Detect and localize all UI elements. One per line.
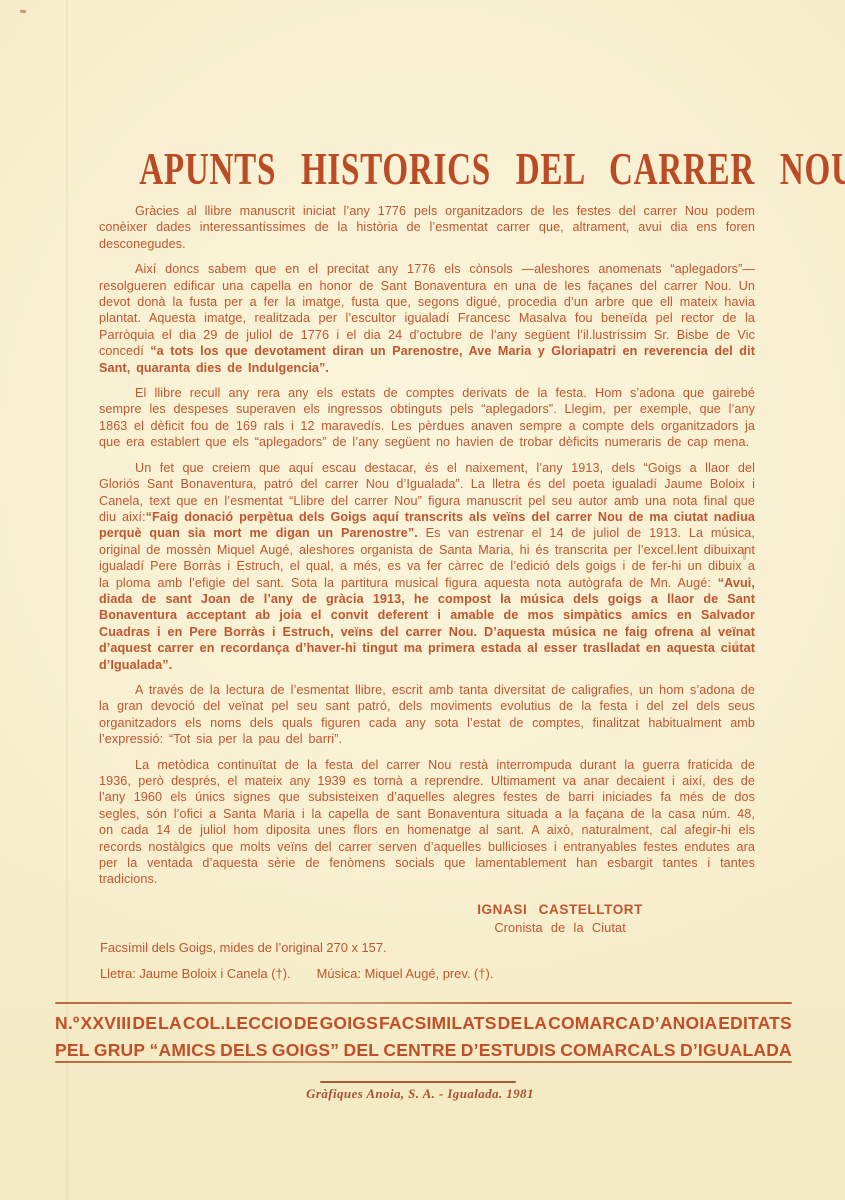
colophon-word: COL.LECCIO xyxy=(183,1010,293,1037)
paragraph-segment: Gràcies al llibre manuscrit iniciat l’an… xyxy=(99,204,755,251)
colophon-word: FACSIMILATS xyxy=(379,1010,497,1037)
document-page: APUNTS HISTORICS DEL CARRER NOU Gràcies … xyxy=(0,0,845,1200)
colophon-word: N.º xyxy=(55,1010,80,1037)
colophon-block: N.ºXXVIIIDELACOL.LECCIODEGOIGSFACSIMILAT… xyxy=(55,1010,792,1064)
paragraph-segment-bold: “a tots los que devotament diran un Pare… xyxy=(99,344,755,374)
article-body: Gràcies al llibre manuscrit iniciat l’an… xyxy=(99,203,755,937)
colophon-word: GOIGS” xyxy=(272,1037,339,1064)
imprint-rule xyxy=(320,1081,516,1083)
colophon-line-1: N.ºXXVIIIDELACOL.LECCIODEGOIGSFACSIMILAT… xyxy=(55,1010,792,1037)
colophon-word: LA xyxy=(523,1010,547,1037)
paragraph: Gràcies al llibre manuscrit iniciat l’an… xyxy=(99,203,755,252)
colophon-word: D’ESTUDIS xyxy=(461,1037,556,1064)
printer-imprint: Gràfiques Anoia, S. A. - Igualada. 1981 xyxy=(280,1086,560,1102)
divider-rule-bottom xyxy=(55,1061,792,1063)
colophon-word: DE xyxy=(132,1010,157,1037)
colophon-word: CENTRE xyxy=(383,1037,456,1064)
signature-role: Cronista de la Ciutat xyxy=(477,920,643,936)
colophon-word: LA xyxy=(158,1010,182,1037)
colophon-word: XXVIII xyxy=(81,1010,132,1037)
title-block: APUNTS HISTORICS DEL CARRER NOU xyxy=(0,146,845,192)
colophon-word: GOIGS xyxy=(320,1010,378,1037)
paragraph-segment: El llibre recull any rera any els estats… xyxy=(99,386,755,449)
colophon-word: PEL xyxy=(55,1037,90,1064)
paragraph: El llibre recull any rera any els estats… xyxy=(99,385,755,451)
ink-speck xyxy=(20,10,26,14)
colophon-word: DEL xyxy=(344,1037,380,1064)
body-paragraphs: Gràcies al llibre manuscrit iniciat l’an… xyxy=(99,203,755,888)
colophon-word: D’IGUALADA xyxy=(680,1037,792,1064)
paragraph: Així doncs sabem que en el precitat any … xyxy=(99,261,755,376)
colophon-word: D’ANOIA xyxy=(642,1010,717,1037)
facsimile-note: Facsímil dels Goigs, mides de l’original… xyxy=(100,940,720,955)
colophon-word: DE xyxy=(294,1010,319,1037)
credit-lyrics: Lletra: Jaume Boloix i Canela (†). xyxy=(100,966,291,981)
colophon-word: DELS xyxy=(220,1037,267,1064)
signature-name: IGNASI CASTELLTORT xyxy=(477,902,643,918)
page-title: APUNTS HISTORICS DEL CARRER NOU xyxy=(139,146,845,192)
paragraph: Un fet que creiem que aquí escau destaca… xyxy=(99,460,755,673)
paragraph: La metòdica continuïtat de la festa del … xyxy=(99,757,755,888)
divider-rule-top xyxy=(55,1002,792,1004)
credits-note: Lletra: Jaume Boloix i Canela (†).Música… xyxy=(100,966,720,981)
colophon-word: COMARCA xyxy=(548,1010,641,1037)
colophon-line-2: PELGRUP“AMICSDELSGOIGS”DELCENTRED’ESTUDI… xyxy=(55,1037,792,1064)
paragraph: A través de la lectura de l’esmentat lli… xyxy=(99,682,755,748)
colophon-word: GRUP xyxy=(94,1037,145,1064)
notes-block: Facsímil dels Goigs, mides de l’original… xyxy=(100,940,720,981)
signature-block: IGNASI CASTELLTORT Cronista de la Ciutat xyxy=(477,902,643,937)
colophon-word: EDITATS xyxy=(718,1010,792,1037)
colophon-word: COMARCALS xyxy=(560,1037,676,1064)
credit-music: Música: Miquel Augé, prev. (†). xyxy=(317,966,494,981)
colophon-word: DE xyxy=(498,1010,523,1037)
colophon-word: “AMICS xyxy=(150,1037,216,1064)
paragraph-segment: A través de la lectura de l’esmentat lli… xyxy=(99,683,755,746)
paragraph-segment: La metòdica continuïtat de la festa del … xyxy=(99,758,755,887)
